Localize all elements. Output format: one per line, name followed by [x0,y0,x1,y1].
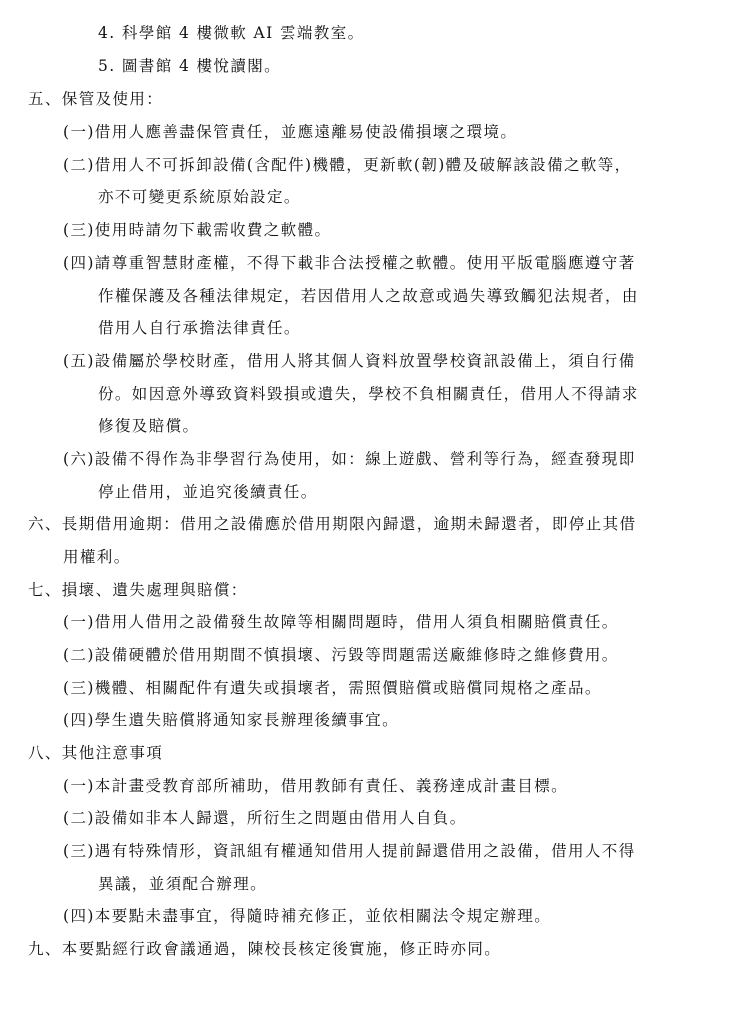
clause-7-1: (一)借用人借用之設備發生故障等相關問題時，借用人須負相關賠償責任。 [63,612,619,632]
clause-5-5-cont-1: 份。如因意外導致資料毀損或遺失，學校不負相關責任，借用人不得請求 [98,384,639,404]
list-item-location-4: 4. 科學館 4 樓微軟 AI 雲端教室。 [98,23,365,43]
section-heading-8: 八、其他注意事項 [28,743,163,763]
clause-5-1: (一)借用人應善盡保管責任，並應遠離易使設備損壞之環境。 [63,122,517,142]
section-heading-7: 七、損壞、遺失處理與賠償： [28,580,248,600]
clause-7-4: (四)學生遺失賠償將通知家長辦理後續事宜。 [63,710,399,730]
clause-5-6-cont: 停止借用，並追究後續責任。 [98,482,318,502]
section-6-cont: 用權利。 [63,547,131,567]
clause-8-2: (二)設備如非本人歸還，所衍生之問題由借用人自負。 [63,808,467,828]
clause-5-2-cont: 亦不可變更系統原始設定。 [98,187,301,207]
section-heading-5: 五、保管及使用： [28,89,163,109]
clause-7-3: (三)機體、相關配件有遺失或損壞者，需照價賠償或賠償同規格之產品。 [63,678,602,698]
section-heading-9: 九、本要點經行政會議通過，陳校長核定後實施，修正時亦同。 [28,939,501,959]
list-item-location-5: 5. 圖書館 4 樓悅讀閣。 [98,56,281,76]
clause-5-3: (三)使用時請勿下載需收費之軟體。 [63,220,331,240]
clause-5-5-cont-2: 修復及賠償。 [98,416,199,436]
clause-5-5: (五)設備屬於學校財產，借用人將其個人資料放置學校資訊設備上，須自行備 [63,351,636,371]
clause-8-1: (一)本計畫受教育部所補助，借用教師有責任、義務達成計畫目標。 [63,776,568,796]
section-heading-6: 六、長期借用逾期：借用之設備應於借用期限內歸還，逾期未歸還者，即停止其借 [28,514,636,534]
clause-8-4: (四)本要點未盡事宜，得隨時補充修正，並依相關法令規定辦理。 [63,906,551,926]
clause-7-2: (二)設備硬體於借用期間不慎損壞、污毀等問題需送廠維修時之維修費用。 [63,645,619,665]
clause-5-4-cont-1: 作權保護及各種法律規定，若因借用人之故意或過失導致觸犯法規者，由 [98,286,639,306]
clause-5-2: (二)借用人不可拆卸設備(含配件)機體，更新軟(韌)體及破解該設備之軟等， [63,155,632,175]
clause-5-4-cont-2: 借用人自行承擔法律責任。 [98,318,301,338]
clause-8-3: (三)遇有特殊情形，資訊組有權通知借用人提前歸還借用之設備，借用人不得 [63,841,636,861]
clause-8-3-cont: 異議，並須配合辦理。 [98,874,267,894]
clause-5-6: (六)設備不得作為非學習行為使用，如：線上遊戲、營利等行為，經查發現即 [63,449,636,469]
clause-5-4: (四)請尊重智慧財產權，不得下載非合法授權之軟體。使用平版電腦應遵守著 [63,253,636,273]
